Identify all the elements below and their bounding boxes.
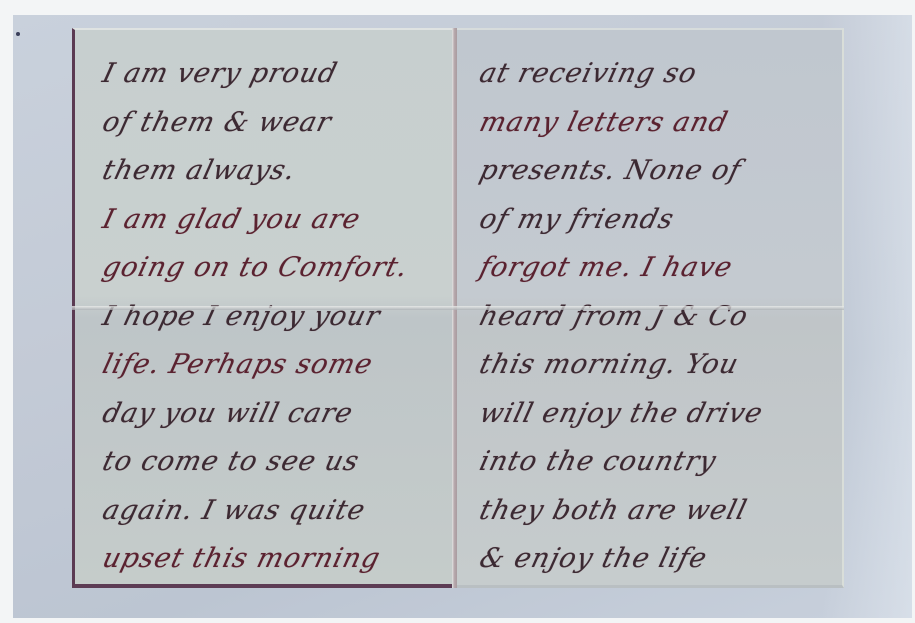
- right-page-text: at receiving so many letters and present…: [474, 50, 834, 584]
- handwritten-line: many letters and: [474, 99, 846, 148]
- handwritten-line: going on to Comfort.: [97, 244, 458, 293]
- handwritten-line: upset this morning: [97, 535, 458, 584]
- handwritten-line: presents. None of: [474, 147, 846, 196]
- handwritten-line: I am very proud: [97, 50, 458, 99]
- handwritten-line: & enjoy the life: [474, 535, 846, 584]
- handwritten-line: life. Perhaps some: [97, 341, 458, 390]
- handwritten-line: of my friends: [474, 196, 846, 245]
- dust-speck: [16, 32, 20, 36]
- handwritten-line: heard from J & Co: [474, 293, 846, 342]
- folded-letter: I am very proud of them & wear them alwa…: [72, 28, 844, 588]
- horizontal-fold-crease: [72, 306, 844, 310]
- handwritten-line: I am glad you are: [97, 196, 458, 245]
- handwritten-line: again. I was quite: [97, 487, 458, 536]
- handwritten-line: this morning. You: [474, 341, 846, 390]
- handwritten-line: of them & wear: [97, 99, 458, 148]
- handwritten-line: to come to see us: [97, 438, 458, 487]
- handwritten-line: forgot me. I have: [474, 244, 846, 293]
- handwritten-line: they both are well: [474, 487, 846, 536]
- handwritten-line: at receiving so: [474, 50, 846, 99]
- handwritten-line: into the country: [474, 438, 846, 487]
- left-page-text: I am very proud of them & wear them alwa…: [97, 50, 446, 584]
- handwritten-line: I hope I enjoy your: [97, 293, 458, 342]
- handwritten-line: them always.: [97, 147, 458, 196]
- handwritten-line: day you will care: [97, 390, 458, 439]
- handwritten-line: will enjoy the drive: [474, 390, 846, 439]
